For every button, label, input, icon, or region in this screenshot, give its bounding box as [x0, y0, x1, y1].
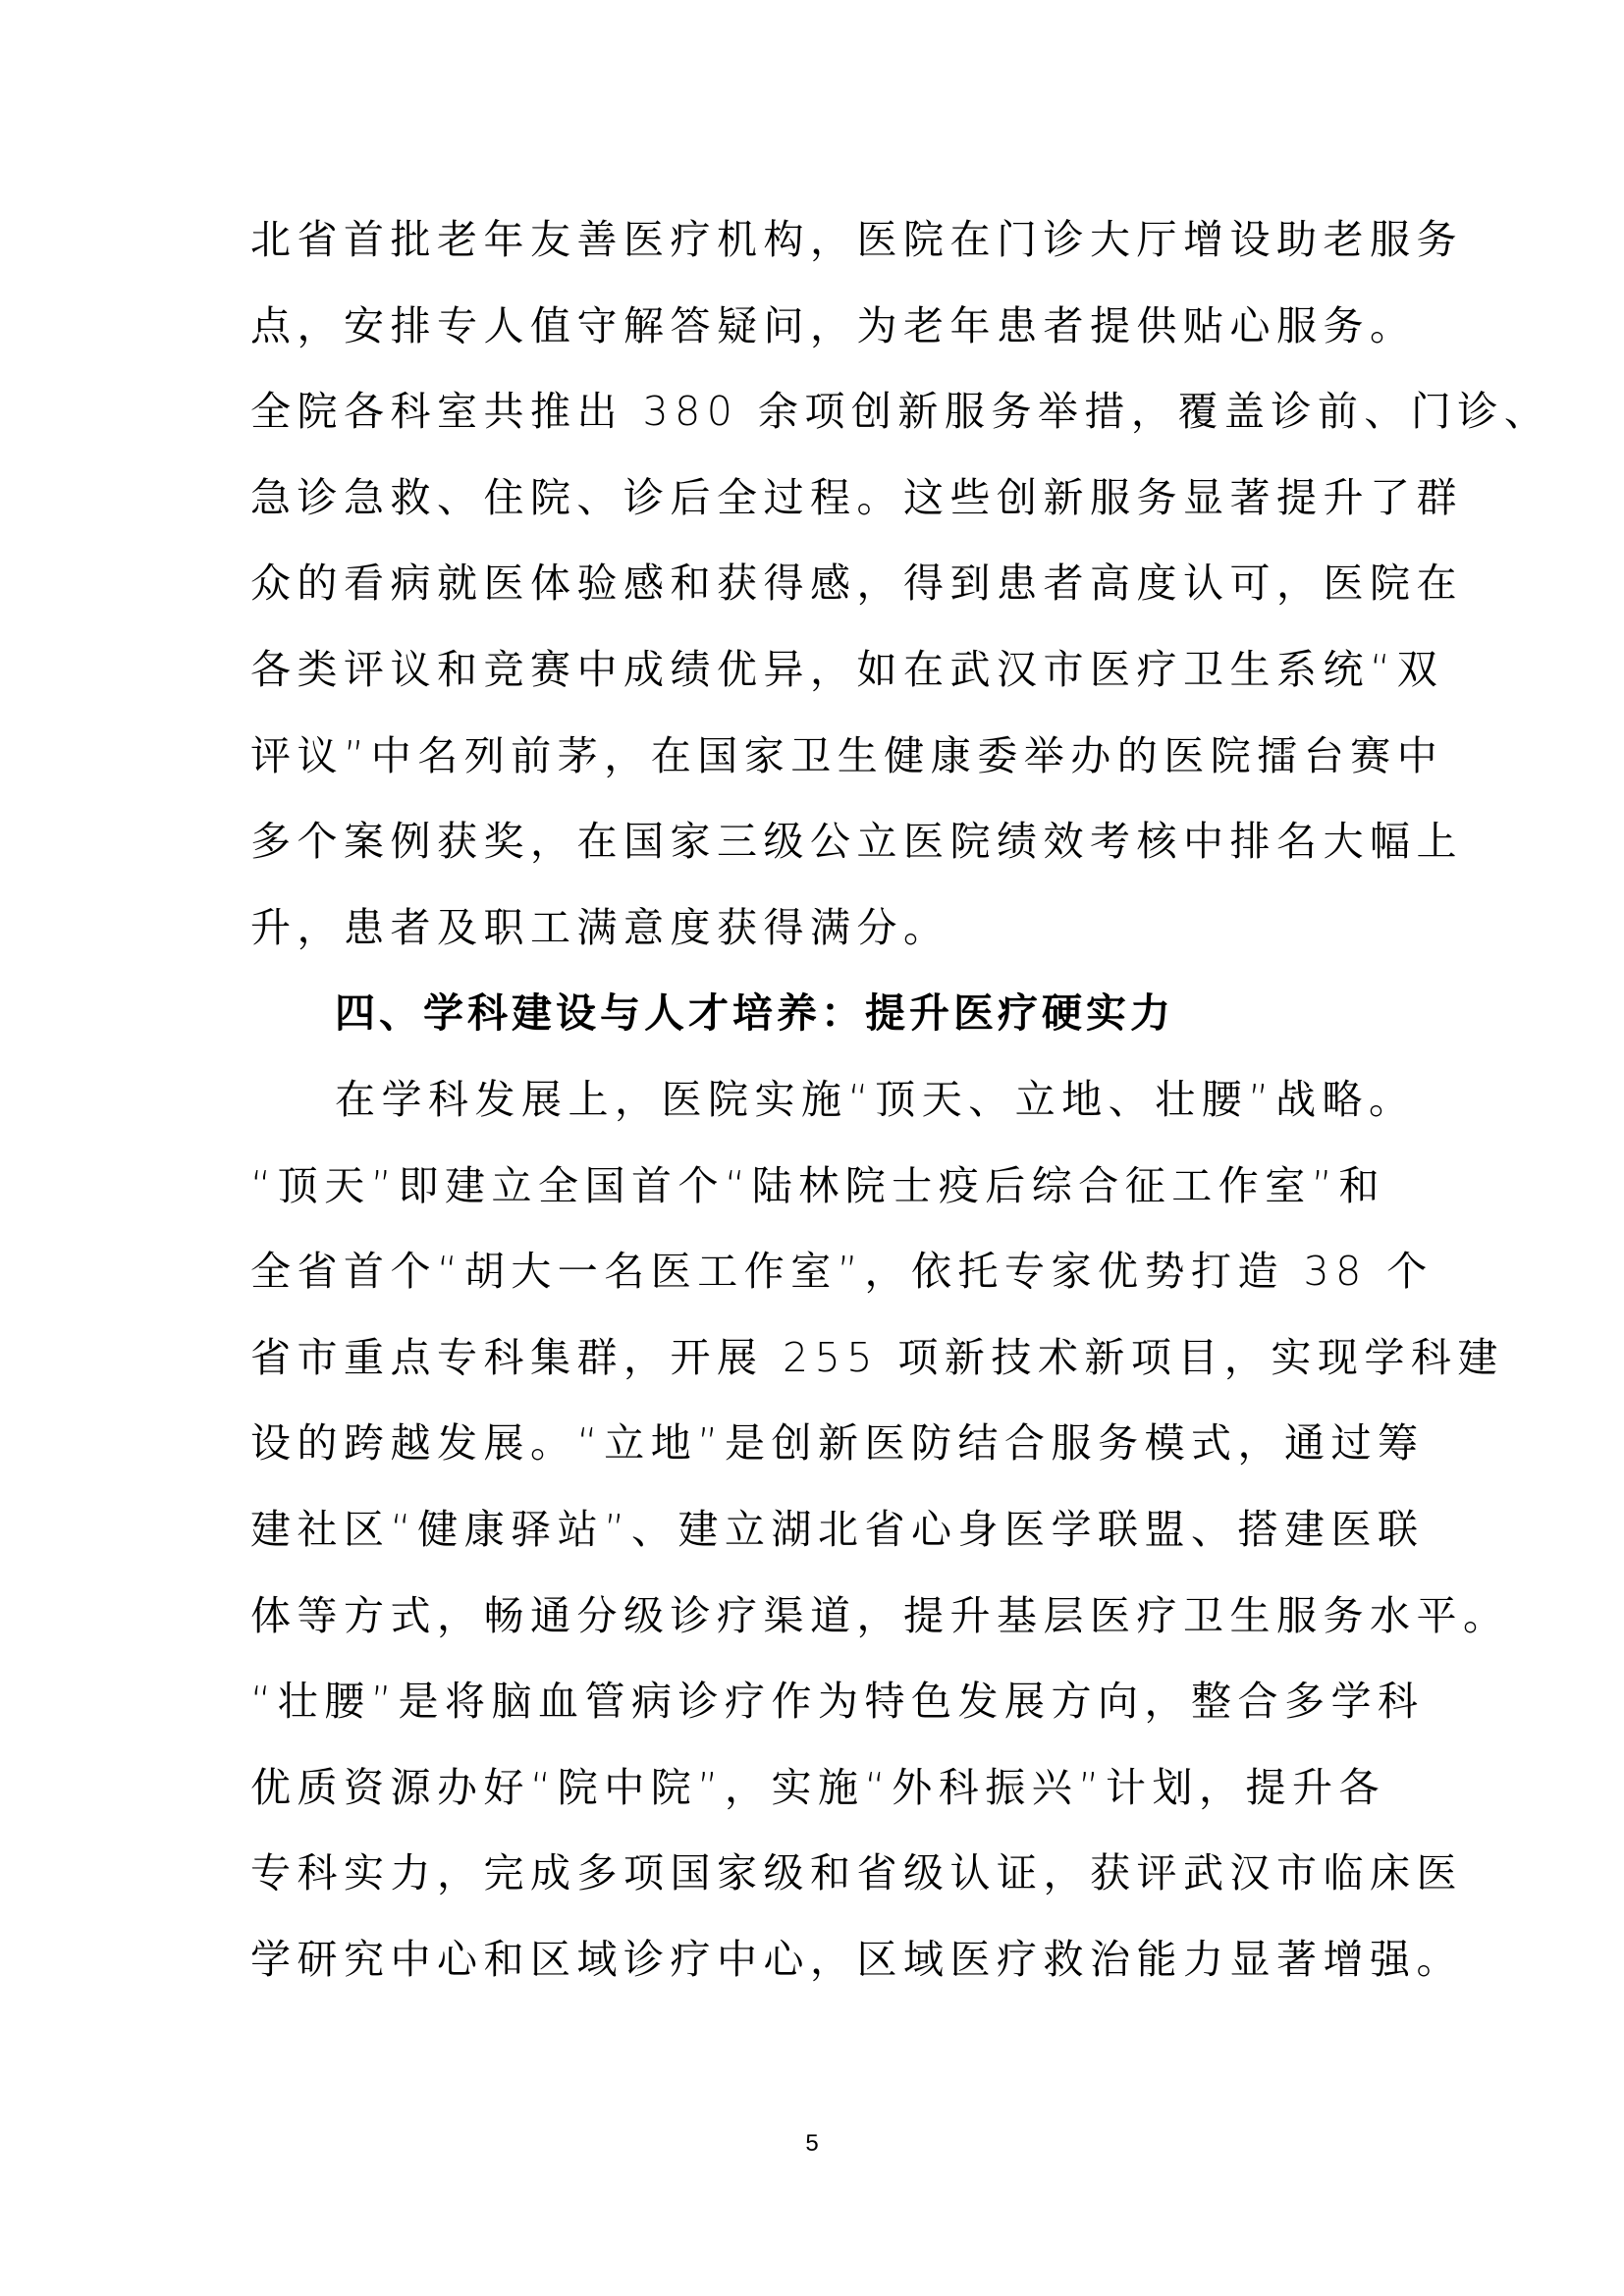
- text-line: 全省首个“胡大一名医工作室”，依托专家优势打造 38 个: [250, 1246, 1404, 1332]
- document-page: 北省首批老年友善医疗机构，医院在门诊大厅增设助老服务 点，安排专人值守解答疑问，…: [0, 0, 1624, 2296]
- text-line: 各类评议和竞赛中成绩优异，如在武汉市医疗卫生系统“双: [250, 644, 1404, 730]
- text-line: 省市重点专科集群，开展 255 项新技术新项目，实现学科建: [250, 1332, 1404, 1418]
- text-line: 北省首批老年友善医疗机构，医院在门诊大厅增设助老服务: [250, 214, 1404, 300]
- text-line: 众的看病就医体验感和获得感，得到患者高度认可，医院在: [250, 558, 1404, 644]
- text-line: “顶天”即建立全国首个“陆林院士疫后综合征工作室”和: [250, 1160, 1404, 1247]
- text-line: 在学科发展上，医院实施“顶天、立地、壮腰”战略。: [250, 1074, 1404, 1160]
- text-line: 全院各科室共推出 380 余项创新服务举措，覆盖诊前、门诊、: [250, 386, 1404, 472]
- body-text: 北省首批老年友善医疗机构，医院在门诊大厅增设助老服务 点，安排专人值守解答疑问，…: [250, 214, 1404, 2019]
- text-line: “壮腰”是将脑血管病诊疗作为特色发展方向，整合多学科: [250, 1676, 1404, 1762]
- text-line: 体等方式，畅通分级诊疗渠道，提升基层医疗卫生服务水平。: [250, 1590, 1404, 1677]
- text-line: 多个案例获奖，在国家三级公立医院绩效考核中排名大幅上: [250, 816, 1404, 902]
- text-line: 评议”中名列前茅，在国家卫生健康委举办的医院擂台赛中: [250, 730, 1404, 817]
- text-line: 点，安排专人值守解答疑问，为老年患者提供贴心服务。: [250, 300, 1404, 387]
- text-line: 急诊急救、住院、诊后全过程。这些创新服务显著提升了群: [250, 472, 1404, 559]
- text-line: 优质资源办好“院中院”，实施“外科振兴”计划，提升各: [250, 1762, 1404, 1848]
- text-line: 专科实力，完成多项国家级和省级认证，获评武汉市临床医: [250, 1847, 1404, 1934]
- text-line: 建社区“健康驿站”、建立湖北省心身医学联盟、搭建医联: [250, 1504, 1404, 1590]
- text-line: 设的跨越发展。“立地”是创新医防结合服务模式，通过筹: [250, 1417, 1404, 1504]
- text-line: 学研究中心和区域诊疗中心，区域医疗救治能力显著增强。: [250, 1934, 1404, 2020]
- section-heading: 四、学科建设与人才培养：提升医疗硬实力: [250, 988, 1404, 1074]
- text-line: 升，患者及职工满意度获得满分。: [250, 902, 1404, 988]
- page-number: 5: [0, 2130, 1624, 2158]
